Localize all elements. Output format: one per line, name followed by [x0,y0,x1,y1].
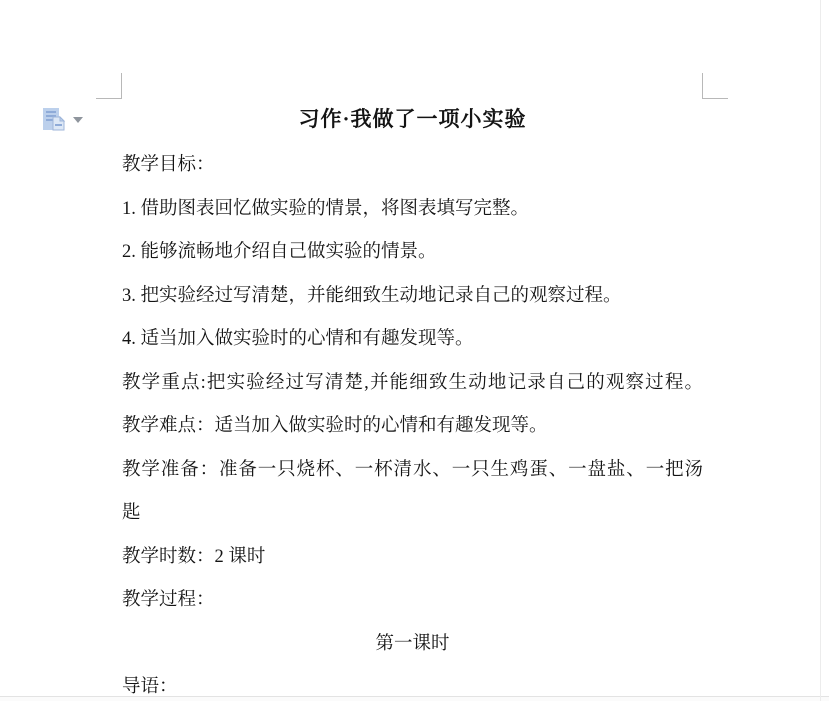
document-line[interactable]: 3. 把实验经过写清楚，并能细致生动地记录自己的观察过程。 [122,274,703,318]
margin-crop-mark-top-left [96,98,122,99]
document-line[interactable]: 4. 适当加入做实验时的心情和有趣发现等。 [122,317,703,361]
document-body[interactable]: 教学目标：1. 借助图表回忆做实验的情景，将图表填写完整。2. 能够流畅地介绍自… [122,0,703,701]
document-line[interactable]: 1. 借助图表回忆做实验的情景，将图表填写完整。 [122,187,703,231]
paste-options-button[interactable] [42,105,86,135]
document-line[interactable]: 匙 [122,491,703,535]
chevron-down-icon[interactable] [73,117,83,123]
document-line[interactable]: 教学重点:把实验经过写清楚,并能细致生动地记录自己的观察过程。 [122,361,703,405]
document-line[interactable]: 第一课时 [122,622,703,666]
paste-options-icon [42,107,66,133]
document-canvas: { "document": { "title": "习作·我做了一项小实验", … [0,0,829,701]
document-right-edge-line [820,0,821,701]
document-line[interactable]: 教学准备：准备一只烧杯、一杯清水、一只生鸡蛋、一盘盐、一把汤 [122,448,703,492]
document-line[interactable]: 教学过程： [122,578,703,622]
document-line[interactable]: 2. 能够流畅地介绍自己做实验的情景。 [122,230,703,274]
document-line[interactable]: 教学时数：2 课时 [122,535,703,579]
document-line[interactable]: 教学难点：适当加入做实验时的心情和有趣发现等。 [122,404,703,448]
margin-crop-mark-top-right [702,98,728,99]
document-line[interactable]: 教学目标： [122,143,703,187]
window-bottom-strip [0,697,829,701]
